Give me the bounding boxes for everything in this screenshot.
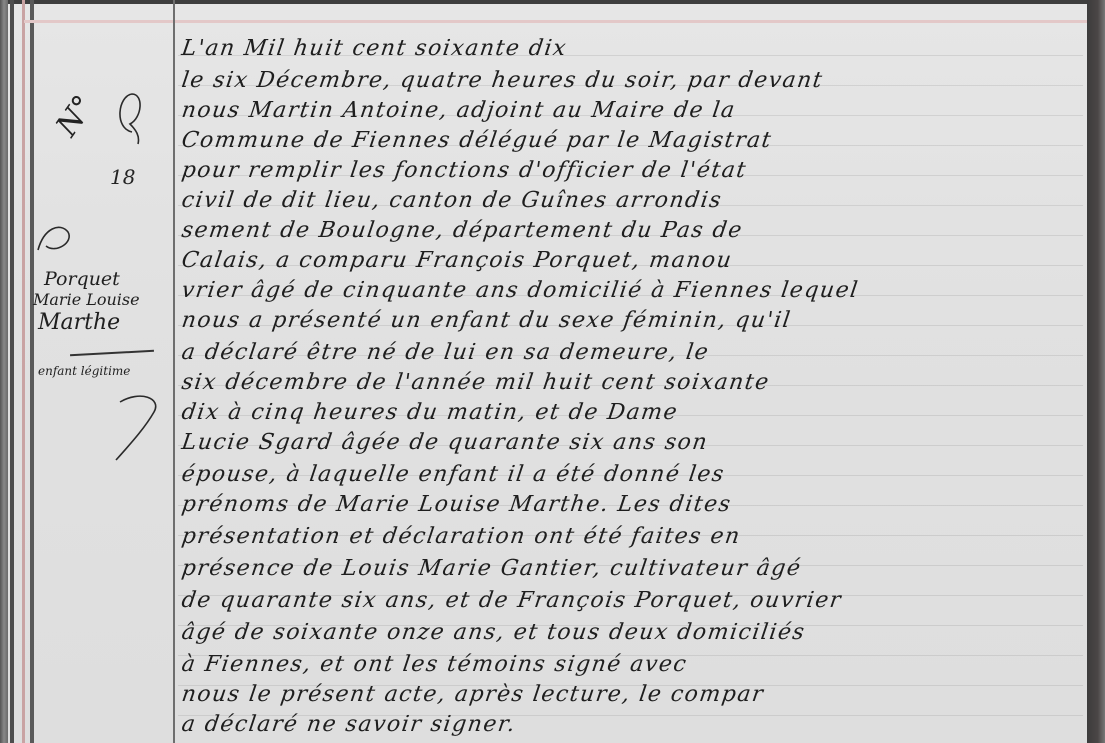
- record-line: nous Martin Antoine, adjoint au Maire de…: [180, 98, 737, 123]
- record-line: vrier âgé de cinquante ans domicilié à F…: [180, 278, 860, 303]
- record-line: civil de dit lieu, canton de Guînes arro…: [180, 188, 724, 213]
- binding-rule-dark-2: [30, 0, 34, 743]
- record-line: âgé de soixante onze ans, et tous deux d…: [180, 620, 807, 645]
- record-line: le six Décembre, quatre heures du soir, …: [180, 68, 825, 93]
- record-line: Commune de Fiennes délégué par le Magist…: [180, 128, 774, 153]
- margin-underline: [70, 350, 154, 356]
- record-line: a déclaré être né de lui en sa demeure, …: [180, 340, 711, 365]
- record-line: présentation et déclaration ont été fait…: [180, 524, 742, 549]
- margin-flourish-icon: [110, 390, 170, 470]
- entry-number: 18: [110, 165, 135, 189]
- record-line: Lucie Sgard âgée de quarante six ans son: [180, 430, 710, 455]
- scan-right-edge: [1087, 0, 1105, 743]
- record-line: épouse, à laquelle enfant il a été donné…: [180, 462, 726, 487]
- margin-flourish-icon: [110, 88, 150, 148]
- record-line: nous le présent acte, après lecture, le …: [180, 682, 766, 707]
- record-line: prénoms de Marie Louise Marthe. Les dite…: [180, 492, 733, 517]
- record-line: pour remplir les fonctions d'officier de…: [180, 158, 748, 183]
- margin-vertical-rule: [173, 0, 175, 743]
- book-binding-edge: [0, 0, 8, 743]
- margin-flourish-icon: [30, 210, 90, 260]
- record-line: Calais, a comparu François Porquet, mano…: [180, 248, 734, 273]
- record-line: sement de Boulogne, département du Pas d…: [180, 218, 745, 243]
- record-line: nous a présenté un enfant du sexe fémini…: [180, 308, 793, 333]
- binding-rule-dark: [10, 0, 14, 743]
- child-surname: Porquet: [44, 268, 120, 290]
- record-type: enfant légitime: [38, 364, 130, 378]
- record-line: L'an Mil huit cent soixante dix: [180, 36, 569, 61]
- record-line: six décembre de l'année mil huit cent so…: [180, 370, 771, 395]
- record-line: de quarante six ans, et de François Porq…: [180, 588, 844, 613]
- binding-rule-pink: [22, 0, 25, 743]
- record-line: présence de Louis Marie Gantier, cultiva…: [180, 556, 803, 581]
- record-line: dix à cinq heures du matin, et de Dame: [180, 400, 680, 425]
- scan-top-edge: [0, 0, 1105, 4]
- register-page: N° 18 Porquet Marie Louise Marthe enfant…: [0, 0, 1105, 743]
- child-given-names: Marie Louise: [33, 290, 140, 309]
- child-given-names-2: Marthe: [38, 310, 120, 335]
- record-line: a déclaré ne savoir signer.: [180, 712, 518, 737]
- entry-number-label: N°: [49, 89, 101, 143]
- record-line: à Fiennes, et ont les témoins signé avec: [180, 652, 689, 677]
- header-ruled-line: [24, 20, 1089, 23]
